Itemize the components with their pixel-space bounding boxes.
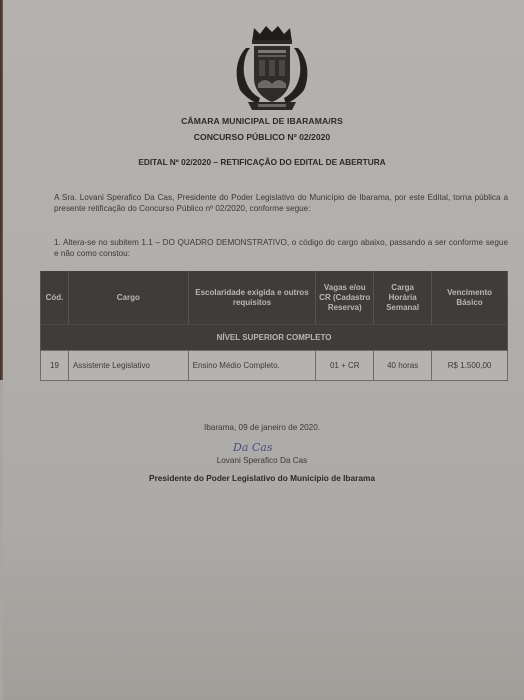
cell-cod: 19 [41, 351, 69, 381]
section-label: NÍVEL SUPERIOR COMPLETO [41, 325, 508, 351]
column-header-cod: Cód. [41, 271, 69, 325]
quadro-demonstrativo-table: Cód. Cargo Escolaridade exigida e outros… [40, 271, 508, 381]
table-header-row: Cód. Cargo Escolaridade exigida e outros… [41, 271, 508, 325]
intro-paragraph: A Sra. Lovani Sperafico Da Cas, Presiden… [54, 193, 508, 214]
institution-name: CÂMARA MUNICIPAL DE IBARAMA/RS [0, 116, 524, 126]
contest-title: CONCURSO PÚBLICO Nº 02/2020 [0, 132, 524, 142]
item-1-paragraph: 1. Altera-se no subitem 1.1 – DO QUADRO … [54, 238, 508, 259]
cell-escolaridade: Ensino Médio Completo. [188, 351, 316, 381]
column-header-vencimento: Vencimento Básico [432, 271, 508, 325]
date-line: Ibarama, 09 de janeiro de 2020. [0, 423, 524, 432]
column-header-carga: Carga Horária Semanal [374, 271, 432, 325]
cell-vencimento: R$ 1.500,00 [432, 351, 508, 381]
handwritten-signature: Da Cas [233, 441, 293, 457]
cell-vagas: 01 + CR [316, 351, 374, 381]
edital-title: EDITAL Nº 02/2020 – RETIFICAÇÃO DO EDITA… [0, 157, 524, 167]
signer-role: Presidente do Poder Legislativo do Munic… [0, 473, 524, 483]
coat-of-arms-emblem [232, 24, 312, 112]
table-section-row: NÍVEL SUPERIOR COMPLETO [41, 325, 508, 351]
signer-name: Lovani Sperafico Da Cas [0, 456, 524, 465]
cell-cargo: Assistente Legislativo [68, 351, 188, 381]
table-row: 19 Assistente Legislativo Ensino Médio C… [41, 351, 508, 381]
cell-carga: 40 horas [374, 351, 432, 381]
column-header-escolaridade: Escolaridade exigida e outros requisitos [188, 271, 316, 325]
column-header-vagas: Vagas e/ou CR (Cadastro Reserva) [316, 271, 374, 325]
column-header-cargo: Cargo [68, 271, 188, 325]
